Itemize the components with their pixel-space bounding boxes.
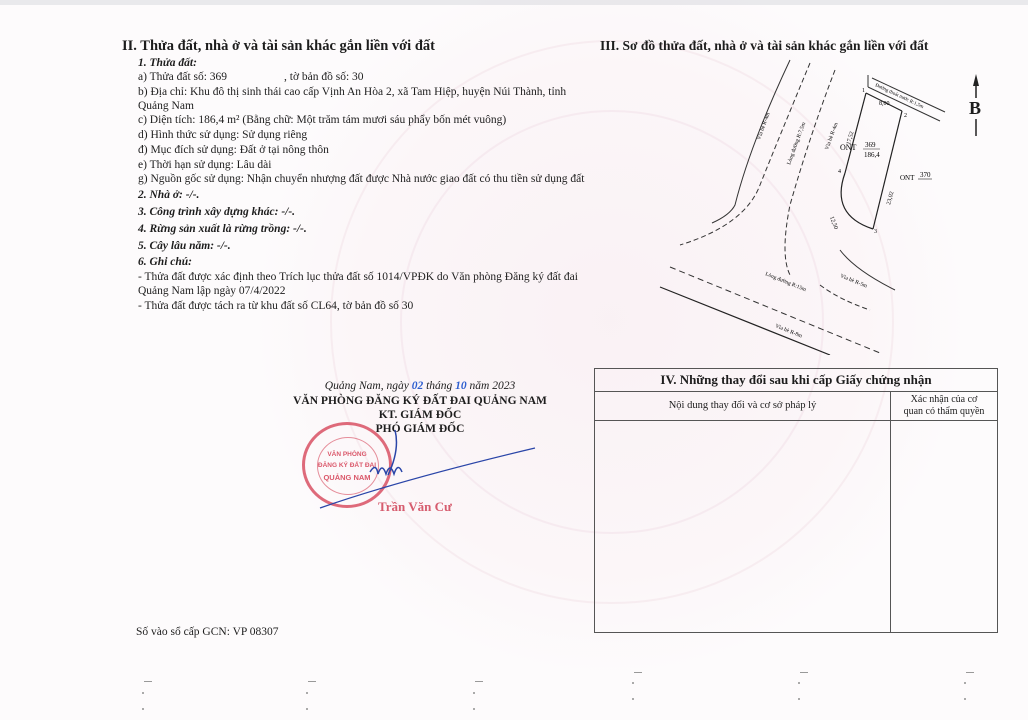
scan-mark <box>308 681 316 682</box>
scan-mark <box>473 708 475 710</box>
land-heading: 1. Thửa đất: <box>138 57 197 69</box>
scan-mark <box>473 692 475 694</box>
issuing-office: VĂN PHÒNG ĐĂNG KÝ ĐẤT ĐAI QUẢNG NAM <box>270 395 570 407</box>
gcn-register-number: Số vào sổ cấp GCN: VP 08307 <box>136 626 278 638</box>
note-line: - Thửa đất được xác định theo Trích lục … <box>138 271 578 283</box>
svg-text:4: 4 <box>838 169 841 175</box>
usage-purpose: đ) Mục đích sử dụng: Đất ở tại nông thôn <box>138 144 329 156</box>
svg-text:12,50: 12,50 <box>828 216 838 231</box>
svg-text:ONT: ONT <box>900 174 915 182</box>
svg-text:1: 1 <box>862 88 865 94</box>
svg-text:2: 2 <box>904 113 907 119</box>
notes-heading: 6. Ghi chú: <box>138 256 192 268</box>
house-heading: 2. Nhà ở: -/-. <box>138 189 199 201</box>
svg-text:370: 370 <box>920 171 931 179</box>
column-authority-confirmation: Xác nhận của cơ quan có thẩm quyền <box>891 392 997 420</box>
changes-table: IV. Những thay đổi sau khi cấp Giấy chứn… <box>594 368 998 633</box>
area: c) Diện tích: 186,4 m² (Bằng chữ: Một tr… <box>138 114 506 126</box>
scan-mark <box>306 692 308 694</box>
scan-mark <box>632 682 634 684</box>
other-works-heading: 3. Công trình xây dựng khác: -/-. <box>138 206 295 218</box>
section-3-title: III. Sơ đồ thửa đất, nhà ở và tài sản kh… <box>600 38 928 54</box>
svg-text:186,4: 186,4 <box>864 151 880 159</box>
signature-date: Quảng Nam, ngày 02 tháng 10 năm 2023 <box>280 380 560 392</box>
note-line: Quảng Nam lập ngày 07/4/2022 <box>138 285 286 297</box>
address-line-2: Quảng Nam <box>138 100 194 112</box>
scan-mark <box>798 682 800 684</box>
svg-text:Lòng đường R:15m: Lòng đường R:15m <box>764 271 807 293</box>
svg-text:Vỉa hè R-4m: Vỉa hè R-4m <box>824 121 840 150</box>
svg-text:Vỉa hè R-8m: Vỉa hè R-8m <box>774 323 803 339</box>
section-4-title: IV. Những thay đổi sau khi cấp Giấy chứn… <box>595 369 997 392</box>
top-border <box>0 0 1028 5</box>
scan-mark <box>964 698 966 700</box>
svg-text:8,00: 8,00 <box>879 101 890 107</box>
changes-table-body <box>595 421 997 633</box>
signer-name: Trần Văn Cư <box>378 499 452 515</box>
scan-mark <box>800 672 808 673</box>
scan-mark <box>966 672 974 673</box>
scan-mark <box>964 682 966 684</box>
land-number: a) Thửa đất số: 369 <box>138 71 227 83</box>
scan-mark <box>634 672 642 673</box>
svg-text:Vỉa hè R-5m: Vỉa hè R-5m <box>839 273 868 289</box>
usage-origin: g) Nguồn gốc sử dụng: Nhận chuyển nhượng… <box>138 173 584 185</box>
scan-mark <box>798 698 800 700</box>
svg-text:Lòng đường R:7,5m: Lòng đường R:7,5m <box>786 121 807 166</box>
scan-mark <box>306 708 308 710</box>
date-day: 02 <box>412 380 424 392</box>
scan-mark <box>142 708 144 710</box>
svg-text:Vỉa hè R-4m: Vỉa hè R-4m <box>756 111 772 140</box>
usage-term: e) Thời hạn sử dụng: Lâu dài <box>138 159 271 171</box>
svg-text:23,02: 23,02 <box>886 191 895 206</box>
map-sheet: , tờ bản đồ số: 30 <box>284 71 364 83</box>
section-2-title: II. Thửa đất, nhà ở và tài sản khác gắn … <box>122 38 435 55</box>
svg-text:369: 369 <box>865 141 876 149</box>
scan-mark <box>142 692 144 694</box>
scan-mark <box>632 698 634 700</box>
forest-heading: 4. Rừng sản xuất là rừng trồng: -/-. <box>138 223 307 235</box>
changes-table-header: Nội dung thay đổi và cơ sở pháp lý Xác n… <box>595 392 997 421</box>
scan-mark <box>475 681 483 682</box>
svg-text:3: 3 <box>874 229 877 235</box>
authority-confirmation-cell <box>891 421 997 633</box>
column-change-content: Nội dung thay đổi và cơ sở pháp lý <box>595 392 891 420</box>
address-line-1: b) Địa chỉ: Khu đô thị sinh thái cao cấp… <box>138 86 566 98</box>
north-label: B <box>968 98 982 119</box>
perennial-heading: 5. Cây lâu năm: -/-. <box>138 240 231 252</box>
date-month: 10 <box>455 380 467 392</box>
scan-mark <box>144 681 152 682</box>
note-line: - Thửa đất được tách ra từ khu đất số CL… <box>138 300 413 312</box>
change-content-cell <box>595 421 891 633</box>
usage-form: d) Hình thức sử dụng: Sử dụng riêng <box>138 129 307 141</box>
